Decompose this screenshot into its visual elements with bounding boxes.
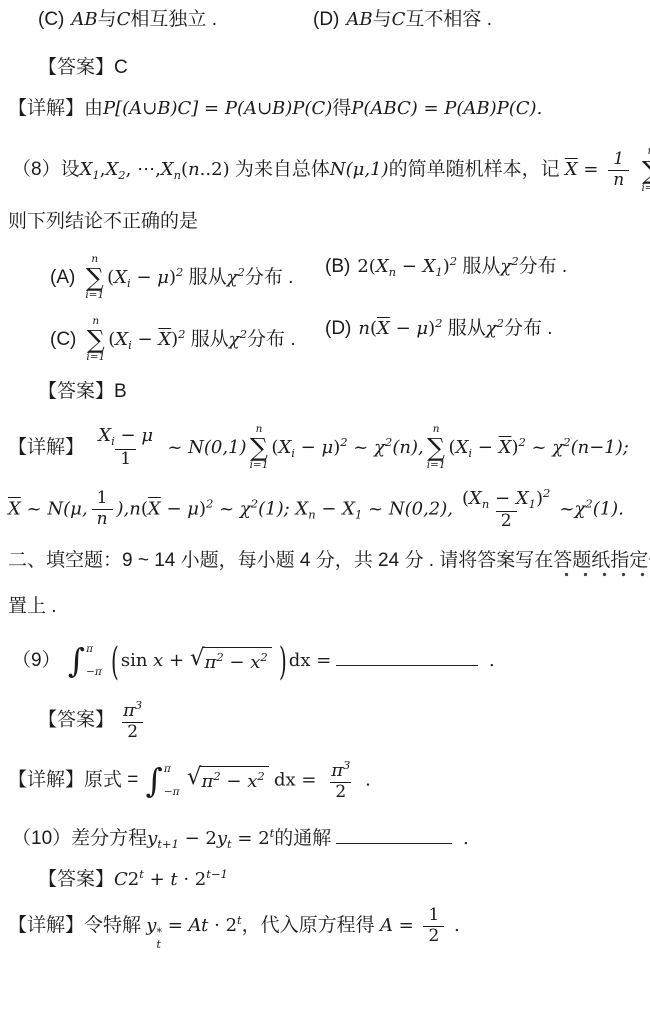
q10-detail-line: 【详解】令特解 y*t = At · 2t，代入原方程得 A = 12 .: [5, 906, 646, 950]
math-run: 2(: [357, 256, 375, 277]
fraction-numerator: (Xn − X1)2: [457, 487, 555, 511]
subscript: t: [156, 939, 160, 951]
fraction-denominator: 2: [122, 722, 143, 743]
x-bar: X: [499, 437, 512, 458]
option-label: (A): [50, 267, 75, 288]
fraction-denominator: 1: [115, 449, 136, 470]
superscript: 2: [257, 769, 264, 783]
superscript: 3: [343, 758, 350, 772]
chi-symbol: χ: [227, 267, 238, 288]
math-run: ): [169, 267, 176, 288]
square-root: √π2 − x2: [187, 766, 269, 795]
superscript: 2: [178, 327, 185, 341]
x-bar: X: [158, 329, 171, 350]
chi-symbol: χ: [552, 437, 563, 458]
math-run: AB: [71, 9, 97, 30]
superscript: 2: [435, 316, 442, 330]
fraction-denominator: n: [92, 509, 113, 530]
math-run: π: [331, 760, 343, 781]
math-run: − 2: [179, 828, 217, 849]
q10-stem-line: （10）差分方程yt+1 − 2yt = 2t的通解 .: [5, 824, 646, 852]
superscript: 2: [240, 327, 247, 341]
sum-lower: i=1: [86, 352, 105, 364]
cjk-text: 服从: [462, 256, 500, 277]
superscript: 2: [238, 265, 245, 279]
math-run: · 2: [208, 915, 237, 936]
math-run: C: [117, 9, 131, 30]
big-paren-left: (: [111, 636, 119, 685]
math-run: X: [469, 488, 482, 509]
math-run: C: [114, 869, 128, 890]
detail-label: 【详解】: [8, 98, 84, 119]
math-run: ~: [559, 498, 574, 519]
summation: n∑i=1: [250, 424, 269, 472]
math-run: ): [199, 498, 206, 519]
summation: n∑i=1: [86, 316, 105, 364]
math-run: X: [98, 425, 111, 446]
math-run: .: [483, 650, 494, 671]
sum-symbol: ∑: [427, 435, 445, 460]
question-number: （8）设: [12, 159, 80, 180]
math-run: 2: [128, 869, 139, 890]
math-run: N(μ,: [47, 498, 87, 519]
superscript: 2: [340, 435, 347, 449]
integral-lower: −π: [164, 787, 180, 798]
math-run: , ⋯,: [126, 159, 161, 180]
exam-solution-page: (C)AB与C相互独立 . (D)AB与C互不相容 . 【答案】C 【详解】由P…: [0, 0, 650, 956]
integral-symbol: ∫: [68, 645, 85, 676]
fraction-denominator: 2: [423, 926, 444, 947]
math-run: ~: [526, 437, 553, 458]
q8-options-ab-row: (A)n∑i=1(Xi − μ)2 服从χ2分布 . (B)2(Xn − X1)…: [5, 254, 646, 302]
math-run: −: [316, 498, 343, 519]
x-bar: X: [565, 159, 578, 180]
math-run: y: [147, 828, 157, 849]
fraction-denominator: 2: [496, 511, 517, 532]
math-run: π: [202, 771, 214, 792]
cjk-text: 由: [84, 98, 103, 119]
summation: n∑i=1: [427, 424, 446, 472]
math-run: X: [456, 437, 469, 458]
section-2-heading: 二、填空题：9 ~ 14 小题，每小题 4 分，共 24 分 . 请将答案写在答…: [5, 549, 646, 574]
math-run: y: [217, 828, 227, 849]
fraction: 1n: [92, 489, 113, 529]
fraction: π32: [118, 699, 147, 742]
q8-option-d: (D)n(X − μ)2 服从χ2分布 .: [325, 316, 646, 364]
cjk-text: 分布 .: [247, 329, 296, 350]
math-run: X: [376, 256, 389, 277]
answer-label: 【答案】: [38, 869, 114, 890]
math-run: ~: [348, 437, 375, 458]
sum-symbol: ∑: [87, 327, 105, 352]
math-run: −: [131, 267, 158, 288]
fraction-numerator: 1: [608, 150, 629, 170]
cjk-text: 的简单随机样本，记: [389, 159, 560, 180]
section-heading-text: 置上 .: [8, 596, 57, 617]
math-run: ..2): [200, 159, 230, 180]
q8-detail-line1: 【详解】 Xi − μ1 ~ N(0,1)n∑i=1(Xi − μ)2 ~ χ2…: [5, 424, 646, 472]
math-run: =: [162, 915, 189, 936]
question-number: （10）差分方程: [12, 828, 147, 849]
subscript: 2: [118, 168, 125, 182]
detail-label: 【详解】: [8, 770, 84, 791]
subscript: t+1: [157, 837, 179, 851]
q8-option-b: (B)2(Xn − X1)2 服从χ2分布 .: [325, 254, 646, 302]
superscript: 2: [511, 254, 518, 268]
cjk-text: 相互独立 .: [130, 9, 217, 30]
cjk-text: 得: [332, 98, 351, 119]
math-run: μ: [416, 318, 428, 339]
math-run: ): [443, 256, 450, 277]
cjk-text: 服从: [189, 267, 227, 288]
answer-letter: B: [114, 381, 127, 402]
section-heading-text: 二、填空题：9 ~ 14 小题，每小题 4 分，共 24 分 . 请将答案写在: [8, 550, 553, 571]
x-bar: X: [148, 498, 161, 519]
fraction: (Xn − X1)22: [457, 487, 555, 532]
cjk-text: 分布 .: [245, 267, 294, 288]
answer-label: 【答案】: [38, 381, 114, 402]
q8-option-a: (A)n∑i=1(Xi − μ)2 服从χ2分布 .: [50, 254, 325, 302]
superscript: 2: [260, 650, 267, 664]
math-run: μ: [187, 498, 199, 519]
chi-symbol: χ: [240, 498, 251, 519]
cjk-text: 则下列结论不正确的是: [8, 211, 198, 232]
cjk-text: 与: [373, 9, 392, 30]
option-label: (D): [313, 9, 339, 30]
superscript: 2: [176, 265, 183, 279]
math-run: (: [462, 488, 469, 509]
fraction: 12: [423, 906, 444, 946]
math-run: P(ABC) = P(AB)P(C).: [351, 98, 542, 119]
detail-label: 【详解】: [8, 437, 84, 458]
q7-option-d: (D)AB与C互不相容 .: [313, 8, 646, 33]
math-run: t: [170, 869, 177, 890]
math-run: .: [457, 828, 468, 849]
answer-label: 【答案】: [38, 710, 114, 731]
subscript: n: [174, 168, 181, 182]
q7-options-row: (C)AB与C相互独立 . (D)AB与C互不相容 .: [5, 8, 646, 33]
q9-stem-line: （9） ∫π−π (sin x + √π2 − x2 )dx = .: [5, 644, 646, 678]
math-run: y: [146, 915, 156, 936]
fraction: Xi − μ1: [93, 426, 158, 469]
answer-blank: [336, 824, 452, 844]
math-run: X: [161, 159, 174, 180]
math-run: (n−1);: [571, 437, 629, 458]
integral-upper: π: [86, 644, 102, 655]
q8-detail-line2: X ~ N(μ,1n),n(X − μ)2 ~ χ2(1); Xn − X1 ~…: [5, 487, 646, 532]
math-run: −: [115, 425, 142, 446]
math-run: −: [295, 437, 322, 458]
math-run: dx =: [289, 650, 331, 671]
superscript: 2: [450, 254, 457, 268]
math-run: = 2: [232, 828, 270, 849]
math-run: P[(A∪B)C] = P(A∪B)P(C): [103, 98, 332, 119]
math-run: −: [132, 329, 159, 350]
q7-detail-line: 【详解】由P[(A∪B)C] = P(A∪B)P(C)得P(ABC) = P(A…: [5, 97, 646, 122]
section-2-heading-line2: 置上 .: [5, 595, 646, 620]
fraction-numerator: 1: [423, 906, 444, 926]
x-bar: X: [377, 318, 390, 339]
fraction: π32: [326, 759, 355, 802]
sum-symbol: ∑: [86, 265, 104, 290]
math-run: dx =: [274, 770, 322, 791]
emphasized-text: 答题纸指定位: [553, 550, 650, 577]
math-run: n: [358, 318, 370, 339]
fraction-denominator: 2: [330, 782, 351, 803]
math-run: +: [144, 869, 171, 890]
subscript: 1: [435, 265, 442, 279]
fraction-numerator: Xi − μ: [93, 426, 158, 448]
math-run: −: [396, 256, 423, 277]
math-run: N(0,1): [188, 437, 246, 458]
superscript: 2: [518, 435, 525, 449]
math-run: −: [221, 771, 248, 792]
superscript: 2: [543, 486, 550, 500]
option-label: (C): [38, 9, 64, 30]
square-root: √π2 − x2: [190, 647, 272, 676]
math-run: .: [359, 770, 370, 791]
subscript: n: [389, 265, 396, 279]
cjk-text: ，代入原方程得: [242, 915, 380, 936]
math-run: μ: [321, 437, 333, 458]
math-run: π: [205, 652, 217, 673]
option-label: (C): [50, 329, 76, 350]
radicand: π2 − x2: [203, 647, 272, 676]
fraction-numerator: π3: [326, 759, 355, 782]
math-run: x: [250, 652, 260, 673]
math-run: n: [129, 498, 141, 519]
integral-symbol: ∫: [146, 765, 163, 796]
math-run: ),: [117, 498, 130, 519]
integral-upper: π: [164, 764, 180, 775]
math-run: n: [188, 159, 200, 180]
superscript: t−1: [206, 867, 228, 881]
sum-symbol: ∑: [642, 158, 650, 183]
fraction: 1n: [608, 150, 629, 190]
math-run: ~: [167, 437, 188, 458]
math-run: N(μ,1): [330, 159, 389, 180]
math-run: −: [390, 318, 417, 339]
math-run: AB: [346, 9, 372, 30]
integral: ∫π−π: [68, 644, 102, 678]
q8-stem-line2: 则下列结论不正确的是: [5, 210, 646, 235]
q7-option-c: (C)AB与C相互独立 .: [38, 8, 313, 33]
chi-symbol: χ: [374, 437, 385, 458]
radicand: π2 − x2: [200, 766, 269, 795]
sum-lower: i=1: [250, 460, 269, 472]
math-run: ~: [213, 498, 240, 519]
cjk-text: 与: [98, 9, 117, 30]
q10-answer-line: 【答案】C2t + t · 2t−1: [5, 867, 646, 893]
chi-symbol: χ: [500, 256, 511, 277]
math-run: X: [278, 437, 291, 458]
detail-label: 【详解】: [8, 915, 84, 936]
math-run: X: [105, 159, 118, 180]
math-run: X: [295, 498, 308, 519]
integral-limits: π−π: [86, 644, 102, 678]
q9-answer-line: 【答案】π32: [5, 699, 646, 742]
chi-symbol: χ: [486, 318, 497, 339]
math-run: (: [370, 318, 377, 339]
math-run: (1).: [593, 498, 624, 519]
math-run: (1);: [258, 498, 295, 519]
question-number: （9）: [12, 650, 61, 671]
math-run: μ: [141, 425, 153, 446]
math-run: =: [578, 159, 605, 180]
subscript: 1: [92, 168, 99, 182]
answer-blank: [336, 646, 478, 666]
math-run: X: [516, 488, 529, 509]
math-run: μ: [157, 267, 169, 288]
cjk-text: 分布 .: [504, 318, 553, 339]
answer-letter: C: [114, 57, 128, 78]
math-run: −: [489, 488, 516, 509]
math-run: π: [123, 700, 135, 721]
cjk-text: 的通解: [274, 828, 331, 849]
superscript: 2: [213, 769, 220, 783]
math-run: .: [448, 915, 459, 936]
option-label: (D): [325, 318, 351, 339]
q9-detail-line: 【详解】原式 = ∫π−π √π2 − x2 dx = π32 .: [5, 759, 646, 802]
math-run: · 2: [178, 869, 207, 890]
math-run: −: [224, 652, 251, 673]
superscript: 2: [563, 435, 570, 449]
math-run: sin: [121, 650, 153, 671]
math-run: ~: [362, 498, 389, 519]
q8-option-c: (C)n∑i=1(Xi − X)2 服从χ2分布 .: [50, 316, 325, 364]
math-run: −: [161, 498, 188, 519]
math-run: X: [114, 267, 127, 288]
integral: ∫π−π: [146, 764, 180, 798]
math-run: −: [472, 437, 499, 458]
math-run: (: [449, 437, 456, 458]
math-run: C: [392, 9, 406, 30]
math-run: X: [423, 256, 436, 277]
math-run: x: [247, 771, 257, 792]
math-run: X: [115, 329, 128, 350]
x-bar: X: [8, 498, 21, 519]
summation: n∑i=1: [641, 146, 650, 194]
superscript: 2: [216, 650, 223, 664]
fraction-numerator: 1: [92, 489, 113, 509]
math-run: ~: [21, 498, 48, 519]
sum-lower: i=1: [85, 290, 104, 302]
chi-symbol: χ: [574, 498, 585, 519]
cjk-text: 分布 .: [519, 256, 568, 277]
integral-lower: −π: [86, 667, 102, 678]
math-run: At: [189, 915, 209, 936]
cjk-text: 为来自总体: [235, 159, 330, 180]
sum-lower: i=1: [427, 460, 446, 472]
option-label: (B): [325, 256, 350, 277]
subscript: 1: [529, 497, 536, 511]
chi-symbol: χ: [229, 329, 240, 350]
superscript: 2: [251, 496, 258, 510]
q7-answer-line: 【答案】C: [5, 56, 646, 81]
math-run: +: [163, 650, 190, 671]
cjk-text: 互不相容 .: [405, 9, 492, 30]
fraction-numerator: π3: [118, 699, 147, 722]
math-run: (: [141, 498, 148, 519]
math-run: ): [536, 488, 543, 509]
big-paren-right: ): [279, 636, 287, 685]
cjk-text: 令特解: [84, 915, 146, 936]
q8-stem-line: （8）设X1,X2, ⋯,Xn(n..2) 为来自总体N(μ,1)的简单随机样本…: [5, 146, 646, 194]
math-run: (n),: [392, 437, 423, 458]
subscript: n: [308, 507, 315, 521]
math-run: x: [153, 650, 163, 671]
math-run: X: [80, 159, 93, 180]
q8-options-cd-row: (C)n∑i=1(Xi − X)2 服从χ2分布 . (D)n(X − μ)2 …: [5, 316, 646, 364]
summation: n∑i=1: [85, 254, 104, 302]
integral-limits: π−π: [164, 764, 180, 798]
fraction-denominator: n: [608, 170, 629, 191]
cjk-text: 原式 =: [84, 770, 144, 791]
math-run: A: [380, 915, 393, 936]
superscript: 3: [135, 698, 142, 712]
cjk-text: 服从: [448, 318, 486, 339]
sum-lower: i=1: [641, 183, 650, 195]
math-run: =: [393, 915, 420, 936]
q8-answer-line: 【答案】B: [5, 380, 646, 405]
math-run: N(0,2),: [389, 498, 453, 519]
cjk-text: 服从: [191, 329, 229, 350]
sum-symbol: ∑: [250, 435, 268, 460]
answer-label: 【答案】: [38, 57, 114, 78]
math-run: X: [342, 498, 355, 519]
superscript: 2: [585, 496, 592, 510]
superscript: 2: [497, 316, 504, 330]
